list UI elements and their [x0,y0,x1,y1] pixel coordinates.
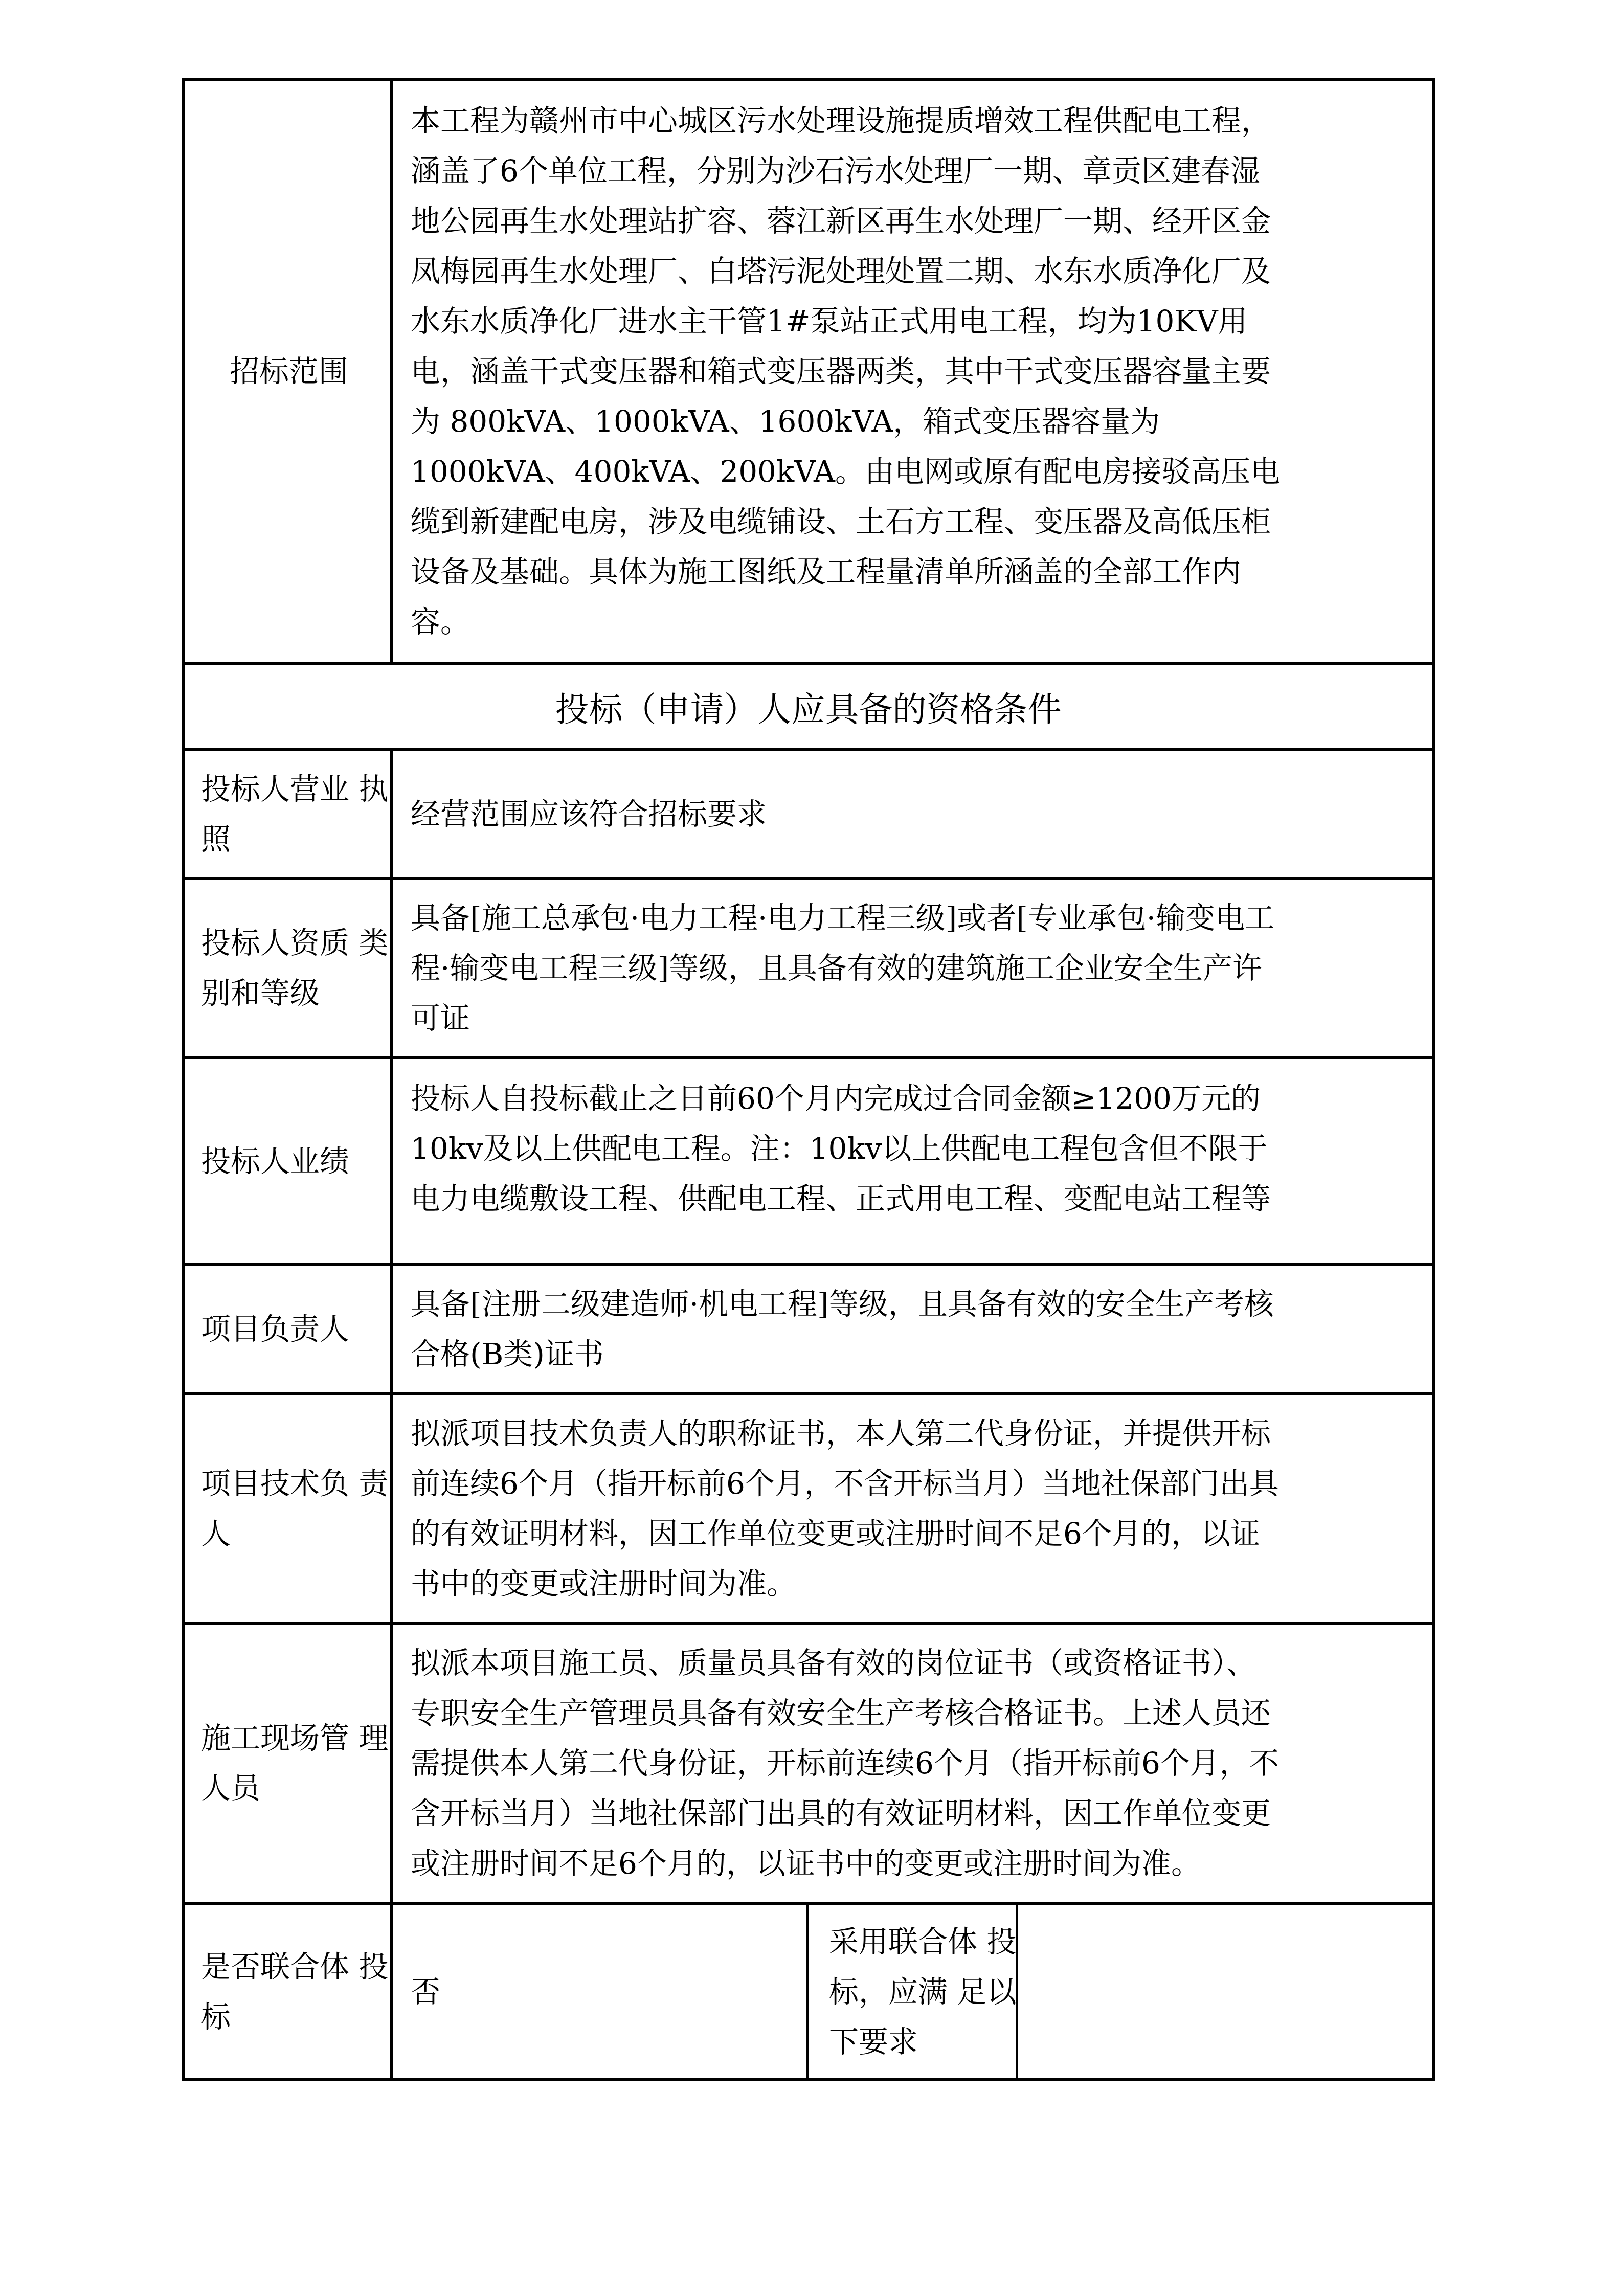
bid-scope-line: 为 800kVA、1000kVA、1600kVA，箱式变压器容量为 [411,396,1280,446]
content-line: 含开标当月）当地社保部门出具的有效证明材料，因工作单位变更 [411,1788,1279,1838]
label-line: 投标人营业 [201,772,349,806]
bid-scope-label-cell: 招标范围 [185,81,393,662]
bid-scope-line: 设备及基础。具体为施工图纸及工程量清单所涵盖的全部工作内 [411,547,1280,597]
label-line: 采用联合体 [829,1924,977,1959]
bid-requirements-table: 招标范围 本工程为赣州市中心城区污水处理设施提质增效工程供配电工程， 涵盖了6个… [182,78,1435,2081]
performance-content-cell: 投标人自投标截止之日前60个月内完成过合同金额≥1200万元的 10kv及以上供… [393,1059,1435,1263]
qualification-grade-content-cell: 具备[施工总承包·电力工程·电力工程三级]或者[专业承包·输变电工 程·输变电工… [393,880,1435,1056]
site-management-label-cell: 施工现场管 理人员 [185,1625,393,1902]
content-line: 投标人自投标截止之日前60个月内完成过合同金额≥1200万元的 [411,1073,1271,1123]
bid-scope-line: 凤梅园再生水处理厂、白塔污泥处理处置二期、水东水质净化厂及 [411,246,1280,296]
consortium-requirement-value-cell [1019,1905,1435,2078]
consortium-label-cell: 是否联合体 投标 [185,1905,393,2078]
site-management-content-cell: 拟派本项目施工员、质量员具备有效的岗位证书（或资格证书）、 专职安全生产管理员具… [393,1625,1435,1902]
label-line: 投标人业绩 [201,1144,349,1179]
business-license-label-cell: 投标人营业 执照 [185,751,393,877]
label-line: 施工现场管 [201,1721,349,1755]
bid-scope-content-cell: 本工程为赣州市中心城区污水处理设施提质增效工程供配电工程， 涵盖了6个单位工程，… [393,81,1435,662]
label-line: 项目技术负 [201,1466,349,1501]
row-divider [185,748,1432,751]
content-line: 专职安全生产管理员具备有效安全生产考核合格证书。上述人员还 [411,1688,1279,1738]
business-license-content-cell: 经营范围应该符合招标要求 [393,751,1435,877]
bid-scope-line: 本工程为赣州市中心城区污水处理设施提质增效工程供配电工程， [411,96,1280,146]
consortium-label: 是否联合体 投标 [201,1942,393,2042]
bid-scope-line: 地公园再生水处理站扩容、蓉江新区再生水处理厂一期、经开区金 [411,196,1280,246]
content-line: 程·输变电工程三级]等级，且具备有效的建筑施工企业安全生产许 [411,943,1274,993]
qualifications-heading: 投标（申请）人应具备的资格条件 [555,682,1062,731]
content-line: 需提供本人第二代身份证，开标前连续6个月（指开标前6个月，不 [411,1738,1279,1788]
site-management-label: 施工现场管 理人员 [201,1713,393,1813]
row-divider [185,1056,1432,1059]
qualification-grade-label: 投标人资质 类别和等级 [201,918,393,1018]
consortium-value: 否 [411,1967,440,2017]
bid-scope-line: 1000kVA、400kVA、200kVA。由电网或原有配电房接驳高压电 [411,446,1280,497]
content-line: 电力电缆敷设工程、供配电工程、正式用电工程、变配电站工程等 [411,1174,1271,1224]
bid-scope-line: 缆到新建配电房，涉及电缆铺设、土石方工程、变压器及高低压柜 [411,497,1280,547]
bid-scope-line: 水东水质净化厂进水主干管1#泵站正式用电工程，均为10KV用 [411,296,1280,346]
site-management-text: 拟派本项目施工员、质量员具备有效的岗位证书（或资格证书）、 专职安全生产管理员具… [411,1638,1279,1888]
row-divider [185,1622,1432,1625]
content-line: 的有效证明材料，因工作单位变更或注册时间不足6个月的，以证 [411,1509,1279,1559]
project-manager-text: 具备[注册二级建造师·机电工程]等级，且具备有效的安全生产考核 合格(B类)证书 [411,1279,1274,1379]
content-line: 书中的变更或注册时间为准。 [411,1559,1279,1609]
row-divider [185,877,1432,880]
technical-lead-text: 拟派项目技术负责人的职称证书，本人第二代身份证，并提供开标 前连续6个月（指开标… [411,1408,1279,1609]
row-divider [185,1392,1432,1395]
content-line: 拟派本项目施工员、质量员具备有效的岗位证书（或资格证书）、 [411,1638,1279,1688]
content-line: 合格(B类)证书 [411,1329,1274,1379]
technical-lead-label-cell: 项目技术负 责人 [185,1395,393,1622]
content-line: 10kv及以上供配电工程。注：10kv以上供配电工程包含但不限于 [411,1123,1271,1174]
consortium-requirement-label-cell: 采用联合体 投标，应满 足以下要求 [810,1905,1019,2078]
performance-label: 投标人业绩 [201,1136,349,1186]
consortium-requirement-label: 采用联合体 投标，应满 足以下要求 [829,1917,1019,2067]
bid-scope-label: 招标范围 [230,346,348,396]
label-line: 项目负责人 [201,1312,349,1346]
business-license-label: 投标人营业 执照 [201,764,393,864]
row-divider [185,1263,1432,1266]
project-manager-content-cell: 具备[注册二级建造师·机电工程]等级，且具备有效的安全生产考核 合格(B类)证书 [393,1266,1435,1392]
label-line: 是否联合体 [201,1949,349,1984]
consortium-value-cell: 否 [393,1905,810,2078]
label-line: 投标人资质 [201,926,349,960]
row-divider [185,662,1432,665]
column-divider [1016,1902,1018,2078]
column-divider [390,748,393,2078]
content-line: 具备[施工总承包·电力工程·电力工程三级]或者[专业承包·输变电工 [411,893,1274,943]
bid-scope-line: 容。 [411,597,1280,647]
column-divider [806,1902,809,2078]
content-line: 或注册时间不足6个月的，以证书中的变更或注册时间为准。 [411,1838,1279,1888]
bid-scope-line: 涵盖了6个单位工程，分别为沙石污水处理厂一期、章贡区建春湿 [411,146,1280,196]
business-license-text: 经营范围应该符合招标要求 [411,789,767,839]
bid-scope-text: 本工程为赣州市中心城区污水处理设施提质增效工程供配电工程， 涵盖了6个单位工程，… [411,96,1280,647]
performance-text: 投标人自投标截止之日前60个月内完成过合同金额≥1200万元的 10kv及以上供… [411,1073,1271,1224]
project-manager-label-cell: 项目负责人 [185,1266,393,1392]
technical-lead-label: 项目技术负 责人 [201,1458,393,1559]
content-line: 前连续6个月（指开标前6个月，不含开标当月）当地社保部门出具 [411,1458,1279,1509]
content-line: 经营范围应该符合招标要求 [411,789,767,839]
content-line: 可证 [411,993,1274,1043]
qualification-grade-text: 具备[施工总承包·电力工程·电力工程三级]或者[专业承包·输变电工 程·输变电工… [411,893,1274,1043]
qualification-grade-label-cell: 投标人资质 类别和等级 [185,880,393,1056]
content-line: 拟派项目技术负责人的职称证书，本人第二代身份证，并提供开标 [411,1408,1279,1458]
performance-label-cell: 投标人业绩 [185,1059,393,1263]
technical-lead-content-cell: 拟派项目技术负责人的职称证书，本人第二代身份证，并提供开标 前连续6个月（指开标… [393,1395,1435,1622]
qualifications-heading-cell: 投标（申请）人应具备的资格条件 [185,665,1432,748]
column-divider [390,81,393,662]
project-manager-label: 项目负责人 [201,1304,349,1354]
content-line: 具备[注册二级建造师·机电工程]等级，且具备有效的安全生产考核 [411,1279,1274,1329]
bid-scope-line: 电，涵盖干式变压器和箱式变压器两类，其中干式变压器容量主要 [411,346,1280,396]
